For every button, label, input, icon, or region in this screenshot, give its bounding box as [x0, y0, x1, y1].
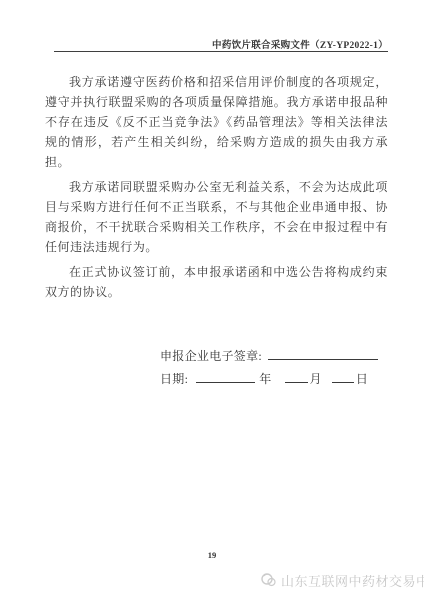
page-number: 19: [0, 550, 424, 560]
header-doc-label: 中药饮片联合采购文件（ZY-YP2022-1）: [212, 37, 388, 51]
month-label: 月: [310, 372, 322, 386]
paragraph-commitment-no-collusion: 我方承诺同联盟采购办公室无利益关系，不会为达成此项目与采购方进行任何不正当联系，…: [45, 177, 388, 257]
paragraph-commitment-regulations: 我方承诺遵守医药价格和招采信用评价制度的各项规定，遵守并执行联盟采购的各项质量保…: [45, 72, 388, 172]
watermark-logo-icon: [260, 571, 278, 589]
header-rule: [54, 51, 388, 52]
seal-label: 申报企业电子签章:: [160, 349, 262, 363]
signature-date-row: 日期:年月日: [160, 370, 368, 387]
watermark-text: 山东互联网中药材交易中心: [281, 571, 424, 590]
signature-seal-row: 申报企业电子签章:: [160, 347, 378, 364]
day-label: 日: [356, 372, 368, 386]
seal-blank-line: [268, 348, 378, 360]
body-text: 我方承诺遵守医药价格和招采信用评价制度的各项规定，遵守并执行联盟采购的各项质量保…: [45, 72, 388, 302]
year-blank-line: [196, 371, 255, 383]
day-blank-line: [332, 371, 354, 383]
date-label: 日期:: [160, 372, 188, 386]
paragraph-agreement-binding: 在正式协议签订前，本申报承诺函和中选公告将构成约束双方的协议。: [45, 262, 388, 302]
month-blank-line: [285, 371, 308, 383]
year-label: 年: [259, 372, 271, 386]
watermark: 山东互联网中药材交易中心: [260, 570, 424, 590]
document-page: 中药饮片联合采购文件（ZY-YP2022-1） 我方承诺遵守医药价格和招采信用评…: [0, 0, 424, 600]
